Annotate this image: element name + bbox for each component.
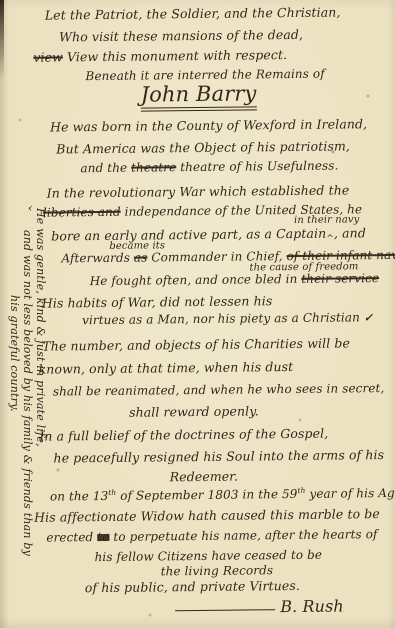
text-segment: to perpetuate his name, after the hearts… — [109, 527, 377, 544]
epitaph-line: known, only at that time, when his dust — [38, 359, 293, 377]
epitaph-line: Who visit these mansions of the dead, — [59, 27, 303, 45]
text-segment: their service — [301, 271, 379, 286]
epitaph-line: and the theatre theatre of his Usefulnes… — [80, 159, 338, 176]
text-segment: His affectionate Widow hath caused this … — [34, 506, 380, 525]
epitaph-line: the living Records — [161, 563, 274, 578]
title-text: John Barry — [141, 81, 257, 111]
signature: B. Rush — [175, 596, 344, 617]
epitaph-line: He fought often, and once bled in their … — [90, 271, 380, 288]
epitaph-line: He was born in the County of Wexford in … — [50, 116, 367, 134]
check-mark: ✓ — [360, 311, 373, 324]
epitaph-line: bore an early and active part, as a Capt… — [51, 225, 366, 247]
signature-text: B. Rush — [275, 596, 344, 616]
interline-insertion: in their navy — [294, 214, 359, 226]
epitaph-line: shall reward openly. — [129, 403, 259, 419]
epitaph-line: In the revolutionary War which establish… — [47, 182, 350, 200]
text-segment: he peacefully resigned his Soul into the… — [53, 447, 384, 465]
text-segment: of his public, and private Virtues. — [85, 578, 300, 595]
text-segment: of September 1803 in the 59 — [116, 487, 297, 503]
text-segment: In the revolutionary War which establish… — [47, 182, 350, 200]
text-segment: in their navy — [294, 214, 359, 226]
title-john-barry: John Barry — [141, 81, 257, 106]
text-segment: on the 13 — [50, 489, 109, 504]
text-segment: theatre of his Usefulness. — [176, 159, 338, 175]
epitaph-line: But America was the Object of his patrio… — [56, 138, 350, 156]
text-segment: his fellow Citizens have ceased to be — [94, 548, 322, 564]
epitaph-line: In a full belief of the doctrines of the… — [39, 426, 328, 444]
epitaph-line: His habits of War, did not lessen his — [42, 293, 273, 310]
text-segment: shall reward openly. — [129, 403, 259, 419]
epitaph-line: shall be reanimated, and when he who see… — [53, 381, 385, 398]
text-segment: Who visit these mansions of the dead, — [59, 27, 303, 45]
revision-caret: ‹ — [28, 201, 33, 215]
text-segment: liberties and — [43, 205, 121, 220]
text-segment: th — [297, 486, 305, 495]
epitaph-line: The number, and objects of his Charities… — [42, 335, 350, 353]
epitaph-line: erected to to perpetuate his name, after… — [46, 527, 377, 544]
epitaph-line: Let the Patriot, the Soldier, and the Ch… — [45, 4, 341, 22]
epitaph-line: view View this monument with respect. — [33, 47, 287, 65]
text-segment: year of his Age. — [305, 486, 395, 501]
text-segment: The number, and objects of his Charities… — [42, 335, 350, 353]
text-segment: But America was the Object of his patrio… — [56, 138, 350, 156]
epitaph-line: he peacefully resigned his Soul into the… — [53, 447, 384, 465]
text-segment: His habits of War, did not lessen his — [42, 293, 273, 310]
text-segment: view — [33, 49, 63, 64]
margin-caret-mark: ‹ — [28, 201, 33, 215]
text-segment: He was born in the County of Wexford in … — [50, 116, 367, 134]
text-segment: the living Records — [161, 563, 274, 578]
epitaph-line: His affectionate Widow hath caused this … — [34, 506, 380, 525]
text-segment: , and — [334, 225, 366, 240]
epitaph-line: on the 13th of September 1803 in the 59t… — [50, 485, 395, 504]
text-segment: erected — [46, 530, 97, 545]
text-segment: He fought often, and once bled in — [90, 272, 302, 288]
epitaph-line: his fellow Citizens have ceased to be — [94, 548, 322, 564]
text-segment: shall be reanimated, and when he who see… — [53, 381, 385, 398]
insertion-caret-mark: ^ — [326, 234, 334, 244]
text-segment: as — [134, 251, 148, 265]
manuscript-page: Let the Patriot, the Soldier, and the Ch… — [0, 0, 395, 628]
text-segment: Redeemer. — [170, 469, 238, 485]
epitaph-line: Beneath it are interred the Remains of — [85, 67, 324, 84]
epitaph-line: of his public, and private Virtues. — [85, 578, 300, 595]
text-segment: Afterwards — [61, 251, 134, 266]
epitaph-line: virtues as a Man, nor his piety as a Chr… — [82, 310, 373, 327]
text-segment: to — [97, 530, 109, 544]
text-segment: known, only at that time, when his dust — [38, 359, 293, 377]
text-segment: Let the Patriot, the Soldier, and the Ch… — [45, 4, 341, 22]
text-segment: In a full belief of the doctrines of the… — [39, 426, 328, 444]
text-segment: theatre — [131, 160, 176, 174]
text-segment: View this monument with respect. — [63, 47, 287, 64]
text-segment: virtues as a Man, nor his piety as a Chr… — [82, 310, 360, 327]
signature-rule — [175, 607, 275, 611]
manuscript-text-layer: Let the Patriot, the Soldier, and the Ch… — [0, 0, 395, 628]
text-segment: Beneath it are interred the Remains of — [85, 67, 324, 84]
epitaph-line: Redeemer. — [170, 469, 238, 485]
text-segment: bore an early and active part, as a Capt… — [51, 226, 326, 244]
text-segment: and the — [80, 161, 131, 176]
